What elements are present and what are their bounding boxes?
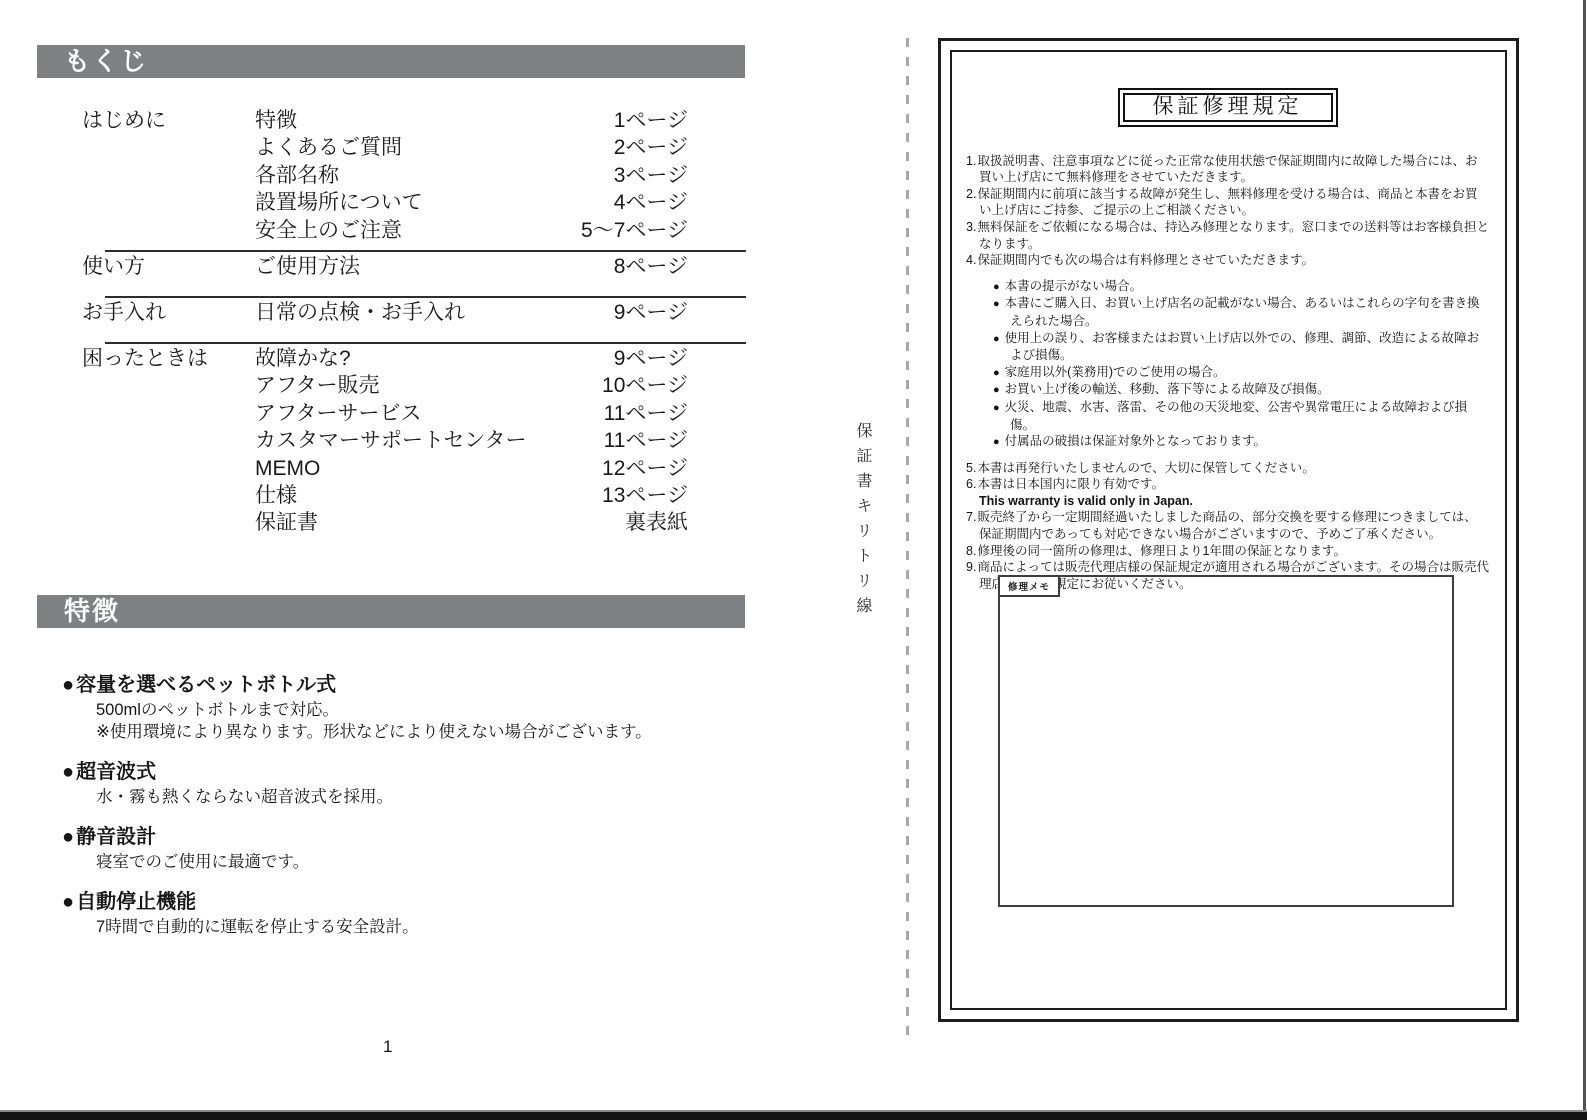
repair-memo-label: 修理メモ — [998, 575, 1060, 597]
warranty-clause: 8.修理後の同一箇所の修理は、修理日より1年間の保証となります。 — [966, 543, 1489, 560]
bullet-dot-icon: ● — [993, 333, 1000, 345]
warranty-english-note: This warranty is valid only in Japan. — [966, 493, 1489, 510]
toc-group-hajimeni: はじめに 特徴 1ページ よくあるご質問 2ページ 各部名称 3ページ 設置場所… — [82, 107, 688, 244]
warranty-clause: 1.取扱説明書、注意事項などに従った正常な使用状態で保証期間内に故障した場合には… — [966, 153, 1489, 186]
toc-item-title: MEMO — [255, 455, 602, 482]
warranty-card: 保証修理規定 1.取扱説明書、注意事項などに従った正常な使用状態で保証期間内に故… — [938, 38, 1519, 1022]
toc-divider — [105, 250, 746, 252]
feature-description: 寝室でのご使用に最適です。 — [96, 851, 722, 873]
clause-text: 取扱説明書、注意事項などに従った正常な使用状態で保証期間内に故障した場合には、お… — [977, 154, 1477, 185]
toc-item-page: 13ページ — [602, 482, 688, 509]
bullet-dot-icon: ● — [993, 436, 1000, 448]
toc-group-label: はじめに — [82, 107, 255, 244]
toc-item-title: 設置場所について — [255, 189, 614, 216]
exclusion-text: お買い上げ後の輸送、移動、落下等による故障及び損傷。 — [1005, 382, 1330, 396]
toc-group-label: 困ったときは — [82, 345, 255, 537]
features-list: ●容量を選べるペットボトル式 500mlのペットボトルまで対応。 ※使用環境によ… — [62, 671, 722, 953]
cut-dashed-line — [906, 38, 909, 1045]
exclusion-text: 使用上の誤り、お客様またはお買い上げ店以外での、修理、調節、改造による故障および… — [1005, 331, 1480, 363]
clause-text: 無料保証をご依頼になる場合は、持込み修理となります。窓口までの送料等はお客様負担… — [977, 220, 1489, 251]
exclusion-item: ●本書の提示がない場合。 — [993, 278, 1489, 296]
warranty-clause: 5.本書は再発行いたしませんので、大切に保管してください。 — [966, 460, 1489, 477]
toc-group-tsukaikata: 使い方 ご使用方法 8ページ — [82, 253, 688, 280]
exclusion-item: ●本書にご購入日、お買い上げ店名の記載がない場合、あるいはこれらの字句を書き換え… — [993, 295, 1489, 329]
toc-item-title: アフターサービス — [255, 400, 604, 427]
toc-group-label: お手入れ — [82, 299, 255, 326]
toc-row: 日常の点検・お手入れ 9ページ — [255, 299, 688, 326]
toc-divider — [105, 296, 746, 298]
clause-number: 9. — [966, 560, 976, 574]
bullet-dot-icon: ● — [993, 298, 1000, 310]
exclusion-item: ●家庭用以外(業務用)でのご使用の場合。 — [993, 364, 1489, 382]
feature-description: 7時間で自動的に運転を停止する安全設計。 — [96, 916, 722, 938]
feature-item: ●容量を選べるペットボトル式 500mlのペットボトルまで対応。 ※使用環境によ… — [62, 671, 722, 743]
clause-number: 3. — [966, 220, 976, 234]
feature-item: ●自動停止機能 7時間で自動的に運転を停止する安全設計。 — [62, 888, 722, 938]
features-title: 特徴 — [64, 596, 120, 626]
feature-description: ※使用環境により異なります。形状などにより使えない場合がございます。 — [96, 721, 722, 743]
feature-item: ●超音波式 水・霧も熱くならない超音波式を採用。 — [62, 758, 722, 808]
warranty-clause: 6.本書は日本国内に限り有効です。 — [966, 476, 1489, 493]
bullet-dot-icon: ● — [993, 367, 1000, 379]
toc-group-items: ご使用方法 8ページ — [255, 253, 688, 280]
toc-group-items: 特徴 1ページ よくあるご質問 2ページ 各部名称 3ページ 設置場所について … — [255, 107, 688, 244]
exclusion-text: 火災、地震、水害、落雷、その他の天災地変、公害や異常電圧による故障および損傷。 — [1005, 400, 1468, 432]
toc-item-page: 5～7ページ — [581, 217, 688, 244]
toc-item-title: 仕様 — [255, 482, 602, 509]
bullet-dot-icon: ● — [993, 281, 1000, 293]
clause-text: 保証期間内に前項に該当する故障が発生し、無料修理を受ける場合は、商品と本書をお買… — [977, 187, 1477, 218]
toc-item-title: ご使用方法 — [255, 253, 614, 280]
toc-row: よくあるご質問 2ページ — [255, 134, 688, 161]
warranty-clause: 3.無料保証をご依頼になる場合は、持込み修理となります。窓口までの送料等はお客様… — [966, 219, 1489, 252]
exclusion-list: ●本書の提示がない場合。 ●本書にご購入日、お買い上げ店名の記載がない場合、ある… — [993, 278, 1489, 451]
toc-divider — [105, 342, 746, 344]
toc-item-page: 2ページ — [614, 134, 688, 161]
scan-bottom-bar — [0, 1110, 1587, 1120]
toc-group-items: 故障かな? 9ページ アフター販売 10ページ アフターサービス 11ページ カ… — [255, 345, 688, 537]
toc-item-title: 安全上のご注意 — [255, 217, 581, 244]
toc-item-page: 9ページ — [614, 299, 688, 326]
toc-group-items: 日常の点検・お手入れ 9ページ — [255, 299, 688, 326]
clause-number: 4. — [966, 253, 976, 267]
clause-number: 1. — [966, 154, 976, 168]
bullet-dot-icon: ● — [62, 674, 74, 696]
warranty-clause: 4.保証期間内でも次の場合は有料修理とさせていただきます。 — [966, 252, 1489, 269]
bullet-dot-icon: ● — [993, 402, 1000, 414]
feature-heading: ●超音波式 — [62, 758, 722, 786]
feature-heading-text: 容量を選べるペットボトル式 — [76, 674, 336, 696]
warranty-clause: 7.販売終了から一定期間経過いたしました商品の、部分交換を要する修理につきまして… — [966, 509, 1489, 542]
feature-description: 水・霧も熱くならない超音波式を採用。 — [96, 786, 722, 808]
toc-item-title: アフター販売 — [255, 372, 602, 399]
warranty-clause: 2.保証期間内に前項に該当する故障が発生し、無料修理を受ける場合は、商品と本書を… — [966, 186, 1489, 219]
feature-heading-text: 静音設計 — [76, 826, 156, 848]
toc-item-title: 故障かな? — [255, 345, 614, 372]
feature-description: 500mlのペットボトルまで対応。 — [96, 699, 722, 721]
exclusion-text: 付属品の破損は保証対象外となっております。 — [1005, 434, 1267, 448]
warranty-title: 保証修理規定 — [1123, 93, 1333, 122]
toc-item-page: 1ページ — [614, 107, 688, 134]
toc-item-page: 3ページ — [614, 162, 688, 189]
toc-row: ご使用方法 8ページ — [255, 253, 688, 280]
toc-row: 設置場所について 4ページ — [255, 189, 688, 216]
clause-number: 5. — [966, 461, 976, 475]
cut-line-label: 保証書キリトリ線 — [851, 422, 874, 622]
toc-item-page: 9ページ — [614, 345, 688, 372]
toc-row: アフター販売 10ページ — [255, 372, 688, 399]
bullet-dot-icon: ● — [62, 826, 74, 848]
features-section-header: 特徴 — [37, 595, 745, 628]
toc-row: MEMO 12ページ — [255, 455, 688, 482]
repair-memo-box: 修理メモ — [998, 575, 1454, 907]
bullet-dot-icon: ● — [62, 891, 74, 913]
toc-row: 仕様 13ページ — [255, 482, 688, 509]
feature-heading: ●自動停止機能 — [62, 888, 722, 916]
toc-item-page: 8ページ — [614, 253, 688, 280]
toc-row: 特徴 1ページ — [255, 107, 688, 134]
feature-heading: ●容量を選べるペットボトル式 — [62, 671, 722, 699]
exclusion-text: 本書の提示がない場合。 — [1005, 279, 1143, 293]
exclusion-text: 家庭用以外(業務用)でのご使用の場合。 — [1005, 365, 1226, 379]
toc-row: カスタマーサポートセンター 11ページ — [255, 427, 688, 454]
scan-right-edge — [1583, 0, 1586, 1120]
toc-item-title: カスタマーサポートセンター — [255, 427, 604, 454]
clause-number: 7. — [966, 510, 976, 524]
toc-item-page: 11ページ — [604, 400, 688, 427]
toc-row: 故障かな? 9ページ — [255, 345, 688, 372]
toc-group-komattatokiha: 困ったときは 故障かな? 9ページ アフター販売 10ページ アフターサービス … — [82, 345, 688, 537]
toc-row: 各部名称 3ページ — [255, 162, 688, 189]
clause-text: 修理後の同一箇所の修理は、修理日より1年間の保証となります。 — [977, 544, 1345, 558]
exclusion-item: ●使用上の誤り、お客様またはお買い上げ店以外での、修理、調節、改造による故障およ… — [993, 330, 1489, 364]
toc-item-page: 12ページ — [602, 455, 688, 482]
toc-item-title: 日常の点検・お手入れ — [255, 299, 614, 326]
clause-number: 6. — [966, 477, 976, 491]
bullet-dot-icon: ● — [993, 384, 1000, 396]
clause-number: 8. — [966, 544, 976, 558]
exclusion-item: ●火災、地震、水害、落雷、その他の天災地変、公害や異常電圧による故障および損傷。 — [993, 399, 1489, 433]
exclusion-item: ●お買い上げ後の輸送、移動、落下等による故障及び損傷。 — [993, 381, 1489, 399]
toc-item-title: 特徴 — [255, 107, 614, 134]
feature-heading: ●静音設計 — [62, 823, 722, 851]
feature-heading-text: 自動停止機能 — [76, 891, 196, 913]
feature-item: ●静音設計 寝室でのご使用に最適です。 — [62, 823, 722, 873]
clause-text: 本書は再発行いたしませんので、大切に保管してください。 — [977, 461, 1314, 475]
bullet-dot-icon: ● — [62, 761, 74, 783]
toc-row: アフターサービス 11ページ — [255, 400, 688, 427]
toc-item-page: 10ページ — [602, 372, 688, 399]
toc-group-label: 使い方 — [82, 253, 255, 280]
toc-item-page: 4ページ — [614, 189, 688, 216]
toc-item-page: 11ページ — [604, 427, 688, 454]
toc-row: 保証書 裏表紙 — [255, 509, 688, 536]
clause-text: 本書は日本国内に限り有効です。 — [977, 477, 1164, 491]
toc-item-title: よくあるご質問 — [255, 134, 614, 161]
toc-item-title: 各部名称 — [255, 162, 614, 189]
exclusion-text: 本書にご購入日、お買い上げ店名の記載がない場合、あるいはこれらの字句を書き換えら… — [1005, 296, 1480, 328]
clause-number: 2. — [966, 187, 976, 201]
page-number: 1 — [383, 1037, 392, 1057]
clause-text: 販売終了から一定期間経過いたしました商品の、部分交換を要する修理につきましては、… — [977, 510, 1476, 541]
toc-item-page: 裏表紙 — [625, 509, 688, 536]
exclusion-item: ●付属品の破損は保証対象外となっております。 — [993, 433, 1489, 451]
toc-section-header: もくじ — [37, 45, 745, 78]
toc-title: もくじ — [64, 46, 148, 76]
toc-group-oteire: お手入れ 日常の点検・お手入れ 9ページ — [82, 299, 688, 326]
feature-heading-text: 超音波式 — [76, 761, 156, 783]
warranty-title-box: 保証修理規定 — [1118, 88, 1338, 127]
clause-text: 保証期間内でも次の場合は有料修理とさせていただきます。 — [977, 253, 1314, 267]
toc-row: 安全上のご注意 5～7ページ — [255, 217, 688, 244]
toc-item-title: 保証書 — [255, 509, 625, 536]
